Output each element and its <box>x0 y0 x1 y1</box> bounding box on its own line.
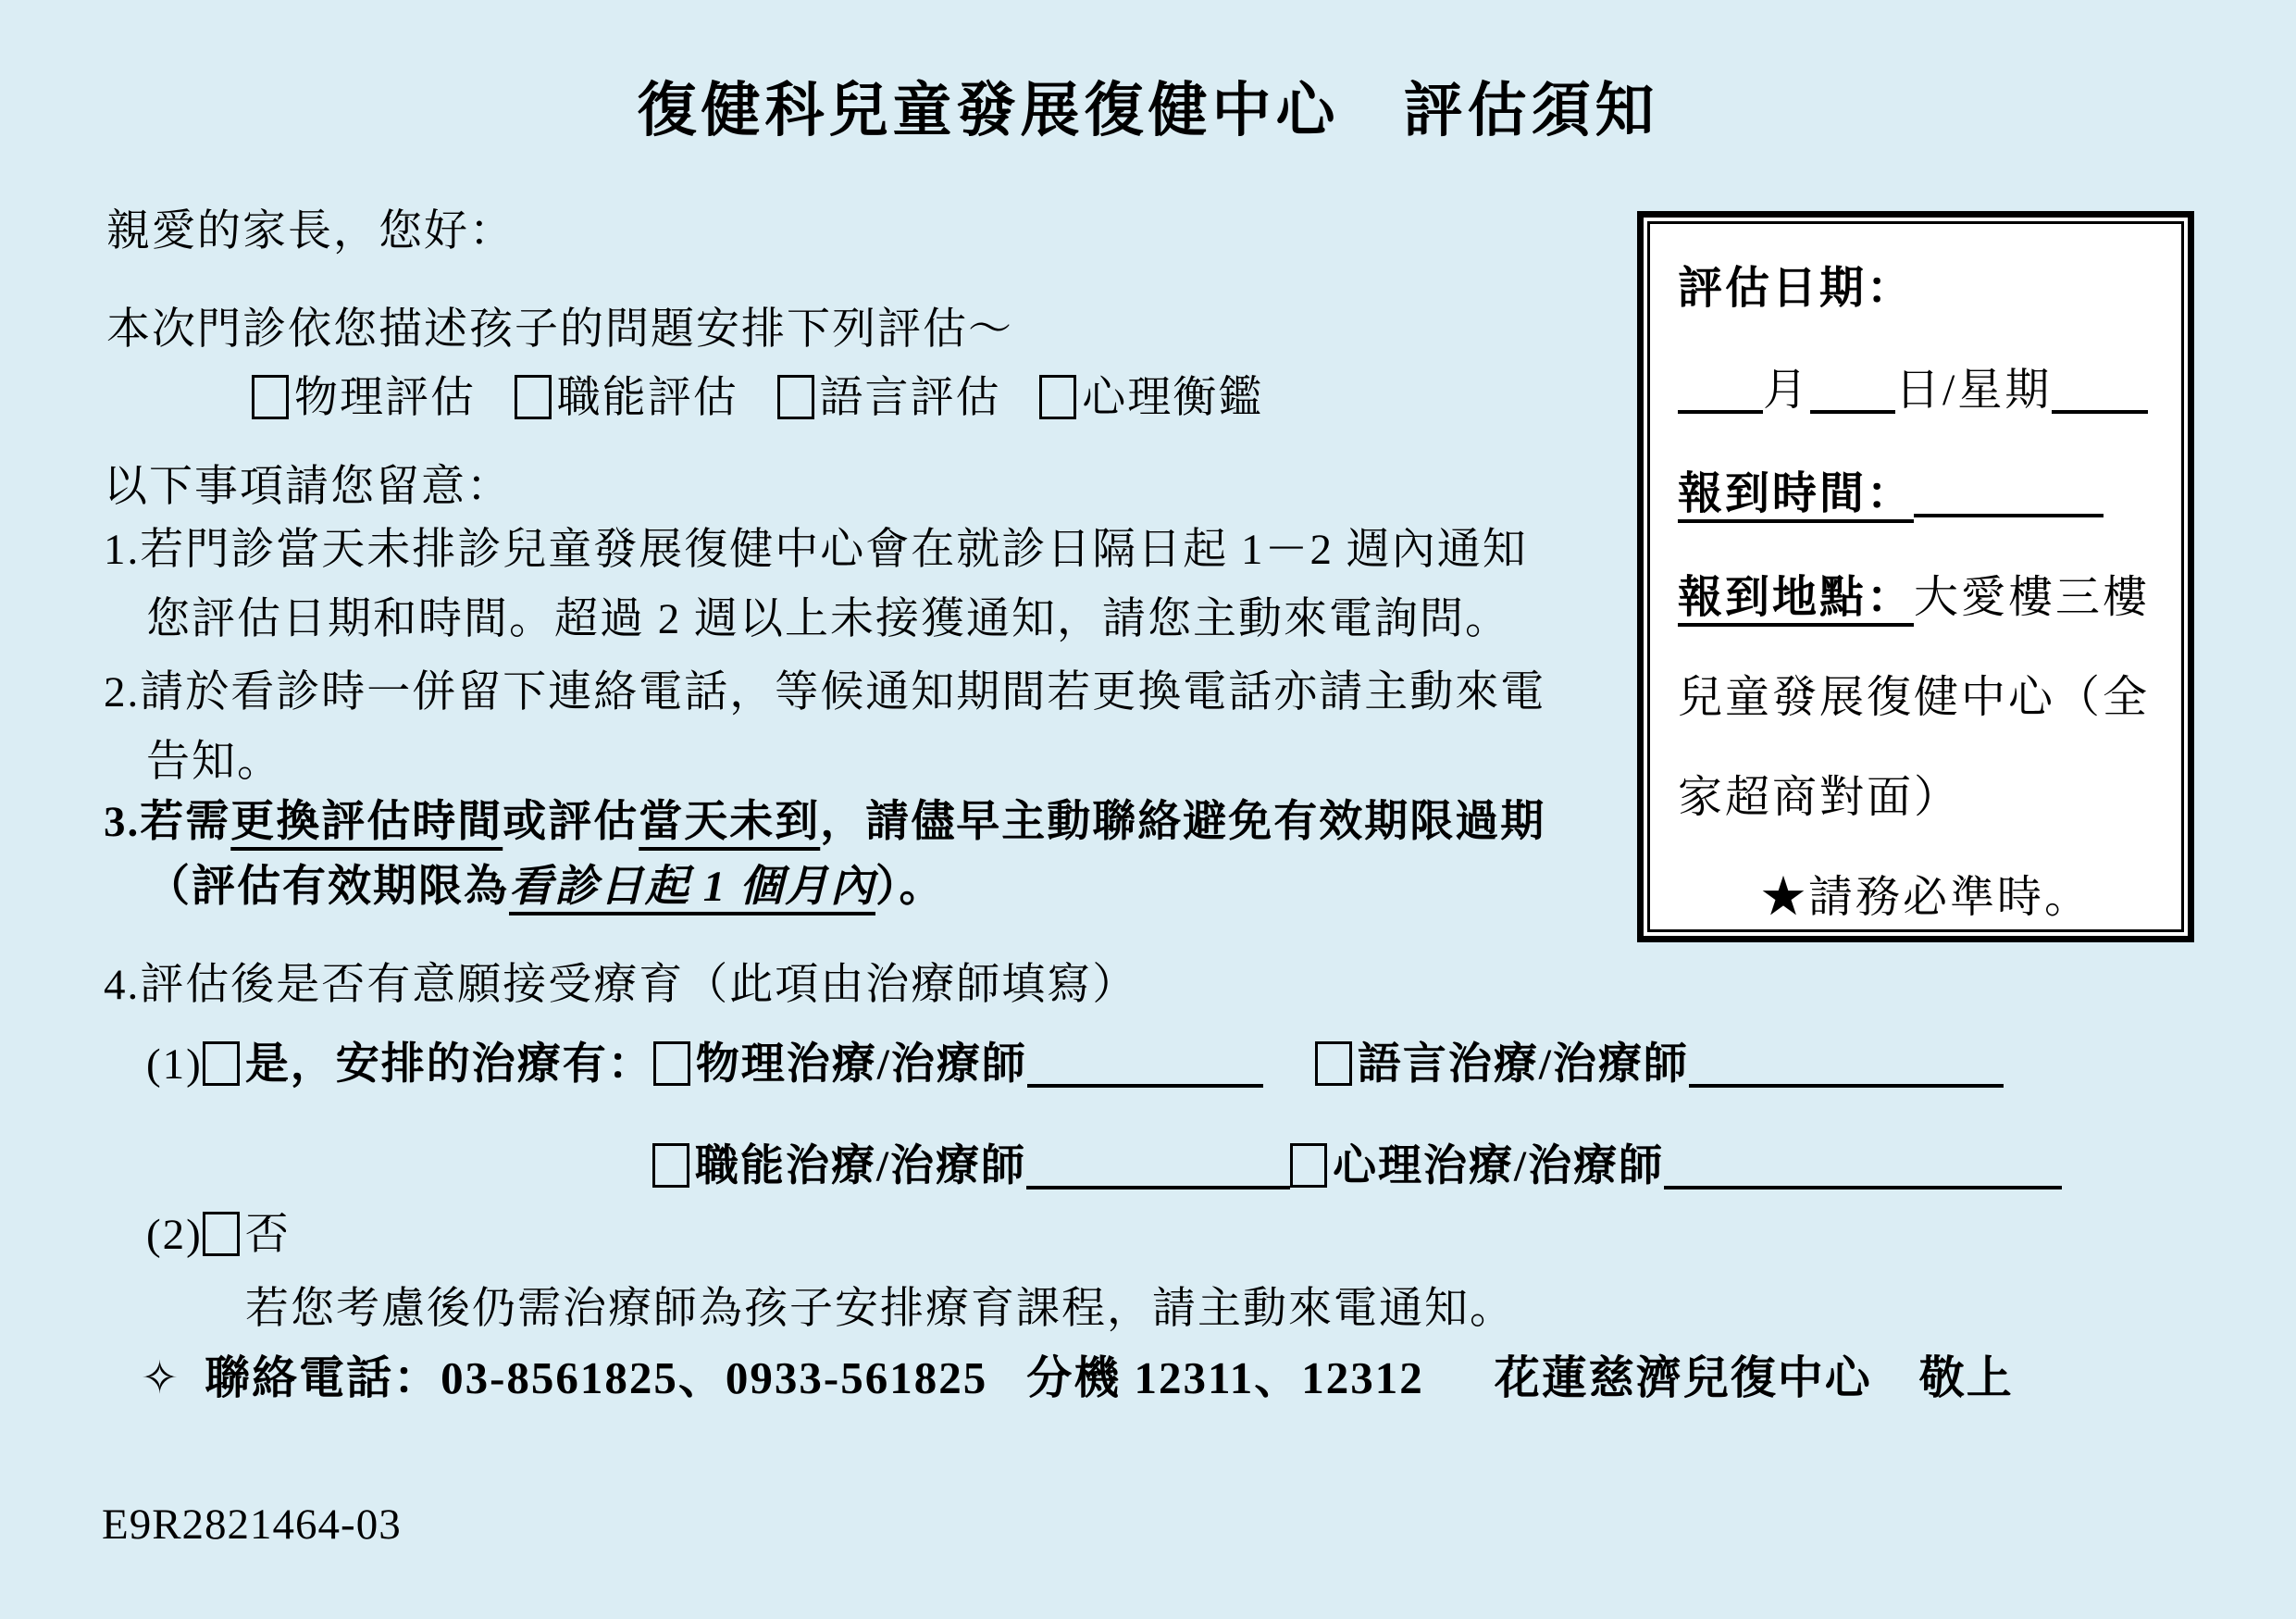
checkin-place-label: 報到地點： <box>1678 573 1914 622</box>
doc-code: E9R2821464-03 <box>102 1500 402 1550</box>
punctual-note-line: ★請務必準時。 <box>1761 861 2091 925</box>
checkin-place-text-2: 兒童發展復健中心（全 <box>1678 661 2150 725</box>
checkbox-psych-assessment[interactable] <box>1039 375 1076 419</box>
notice-3-line-2: （評估有效期限為看診日起 1 個月內）。 <box>146 852 945 914</box>
day-weekday-label: 日/星期 <box>1895 366 2052 415</box>
checkin-time-line: 報到時間： <box>1678 457 2104 521</box>
checkbox-speech-therapy[interactable] <box>1315 1041 1352 1086</box>
contact-signature: 花蓮慈濟兒復中心 敬上 <box>1495 1352 2014 1403</box>
notice-3-text: 或評估 <box>503 798 639 846</box>
notice-3-text: ）。 <box>875 863 945 911</box>
checkbox-physical-assessment[interactable] <box>252 375 289 419</box>
notice-3-underlined-no-show: 當天未到 <box>639 798 820 846</box>
assessment-option-psych: 心理衡鑑 <box>1039 374 1263 422</box>
psych-therapy-label: 心理治療/治療師 <box>1333 1142 1664 1190</box>
physical-therapy-label: 物理治療/治療師 <box>696 1040 1027 1089</box>
contact-line: ✧聯絡電話：03-8561825、0933-561825分機 12311、123… <box>141 1342 2014 1407</box>
star-icon: ★ <box>1761 873 1808 922</box>
assessment-label: 心理衡鑑 <box>1082 374 1263 422</box>
treatment-question: 4.評估後是否有意願接受療育（此項由治療師填寫） <box>104 950 1137 1012</box>
contact-phones: 03-8561825、0933-561825 <box>441 1352 987 1403</box>
greeting-text: 親愛的家長，您好： <box>106 196 515 258</box>
assessment-label: 物理評估 <box>294 374 476 422</box>
month-blank[interactable] <box>1678 405 1763 414</box>
speech-therapy-label: 語言治療/治療師 <box>1358 1040 1689 1089</box>
notice-3-text: （評估有效期限為 <box>146 863 509 911</box>
option-2-label: 否 <box>245 1211 291 1259</box>
speech-therapist-blank[interactable] <box>1689 1078 2004 1088</box>
notice-3-text: 3.若需 <box>104 798 230 846</box>
checkbox-yes[interactable] <box>203 1041 240 1086</box>
checkbox-no[interactable] <box>203 1212 240 1256</box>
treatment-option-no-row: (2)否 <box>146 1200 291 1262</box>
notice-1-line-1: 1.若門診當天未排診兒童發展復健中心會在就診日隔日起 1－2 週內通知 <box>104 515 1528 577</box>
option-2-prefix: (2) <box>146 1211 203 1259</box>
notice-3-underlined-validity: 看診日起 1 個月內 <box>509 863 875 911</box>
treatment-row-2: 職能治療/治療師心理治療/治療師 <box>652 1131 2062 1193</box>
notice-2-line-2: 告知。 <box>146 727 282 789</box>
document-page: 復健科兒童發展復健中心 評估須知 親愛的家長，您好： 本次門診依您描述孩子的問題… <box>0 0 2296 1619</box>
checkin-place-line: 報到地點：大愛樓三樓 <box>1678 561 2150 625</box>
option-1-label: 是，安排的治療有： <box>245 1040 653 1089</box>
notice-1-line-2: 您評估日期和時間。超過 2 週以上未接獲通知，請您主動來電詢問。 <box>146 584 1510 646</box>
assessment-option-speech: 語言評估 <box>777 374 1014 422</box>
notice-2-line-1: 2.請於看診時一併留下連絡電話，等候通知期間若更換電話亦請主動來電 <box>104 657 1545 719</box>
checkbox-physical-therapy[interactable] <box>653 1041 690 1086</box>
psych-therapist-blank[interactable] <box>1664 1180 2062 1189</box>
assessment-option-physical: 物理評估 <box>252 374 489 422</box>
notices-heading: 以下事項請您留意： <box>104 452 512 514</box>
contact-extensions: 分機 12311、12312 <box>1026 1352 1424 1403</box>
checkbox-occupational-therapy[interactable] <box>652 1143 689 1188</box>
checkin-place-text-3: 家超商對面） <box>1678 761 1961 825</box>
assessment-label: 語言評估 <box>820 374 1001 422</box>
notice-3-line-1: 3.若需更換評估時間或評估當天未到，請儘早主動聯絡避免有效期限過期 <box>104 787 1545 849</box>
assessment-label: 職能評估 <box>557 374 738 422</box>
punctual-note-text: 請務必準時。 <box>1808 873 2091 922</box>
checkbox-occupational-assessment[interactable] <box>515 375 552 419</box>
weekday-blank[interactable] <box>2052 405 2148 414</box>
day-blank[interactable] <box>1810 405 1895 414</box>
contact-label: 聯絡電話： <box>205 1352 441 1403</box>
checkin-time-label: 報到時間： <box>1678 469 1914 518</box>
assessment-option-occupational: 職能評估 <box>515 374 751 422</box>
notice-3-underlined-change-time: 更換評估時間 <box>230 798 503 846</box>
diamond-icon: ✧ <box>141 1352 180 1403</box>
intro-text: 本次門診依您描述孩子的問題安排下列評估～ <box>106 294 1013 356</box>
assessment-options-row: 物理評估 職能評估 語言評估 心理衡鑑 <box>252 363 1263 425</box>
page-title: 復健科兒童發展復健中心 評估須知 <box>0 63 2296 148</box>
appointment-info-box-inner: 評估日期： 月日/星期 報到時間： 報到地點：大愛樓三樓 兒童發展復健中心（全 … <box>1647 221 2184 932</box>
option-2-note: 若您考慮後仍需治療師為孩子安排療育課程，請主動來電通知。 <box>245 1274 1515 1336</box>
month-label: 月 <box>1763 366 1810 415</box>
checkin-place-text: 大愛樓三樓 <box>1914 573 2150 622</box>
appointment-info-box: 評估日期： 月日/星期 報到時間： 報到地點：大愛樓三樓 兒童發展復健中心（全 … <box>1637 211 2194 942</box>
checkin-time-blank[interactable] <box>1914 508 2104 517</box>
occupational-therapist-blank[interactable] <box>1026 1180 1290 1189</box>
notice-3-text: ，請儘早主動聯絡避免有效期限過期 <box>820 798 1545 846</box>
physical-therapist-blank[interactable] <box>1027 1078 1263 1088</box>
treatment-option-yes-row: (1)是，安排的治療有：物理治療/治療師語言治療/治療師 <box>146 1029 2004 1091</box>
occupational-therapy-label: 職能治療/治療師 <box>695 1142 1026 1190</box>
eval-date-label: 評估日期： <box>1678 252 1914 316</box>
checkbox-psych-therapy[interactable] <box>1290 1143 1327 1188</box>
option-1-prefix: (1) <box>146 1040 203 1089</box>
eval-date-blanks-line: 月日/星期 <box>1678 354 2148 417</box>
checkbox-speech-assessment[interactable] <box>777 375 814 419</box>
